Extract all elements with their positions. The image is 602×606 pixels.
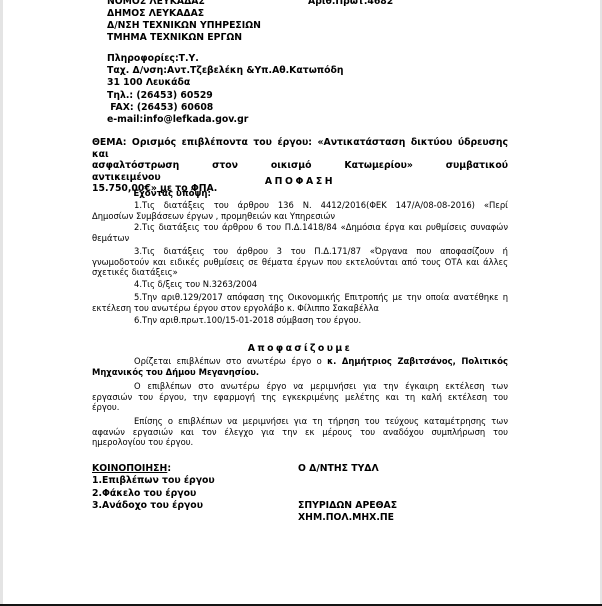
decision-text: έργου. — [92, 402, 508, 413]
supervisor-name: κ. Δημήτριος Ζαβιτσάνος, Πολιτικός — [327, 356, 508, 366]
letterhead-municipality: ΔΗΜΟΣ ΛΕΥΚΑΔΑΣ — [107, 8, 261, 20]
considering-label: Έχοντας υπόψη: — [132, 189, 211, 199]
signature-title: ΧΗΜ.ΠΟΛ.ΜΗΧ.ΠΕ — [298, 512, 397, 524]
contact-city: 31 100 Λευκάδα — [107, 77, 344, 89]
signature-name: ΣΠΥΡΙΔΩΝ ΑΡΕΘΑΣ — [298, 500, 397, 512]
protocol-number: Αριθ.Πρωτ.4682 — [308, 0, 393, 8]
decision-text: ημερολογίου του έργου. — [92, 437, 508, 448]
considering-item-4: 4.Τις δ/ξεις του Ν.3263/2004 — [92, 279, 508, 290]
considering-text: γνωμοδοτούν και ειδικές ρυθμίσεις σε θέμ… — [92, 257, 508, 268]
considering-text: Δημοσίων Συμβάσεων έργων , προμηθειών κα… — [92, 211, 508, 222]
decision-title: ΑΠΟΦΑΣΗ — [92, 176, 508, 187]
considering-text: θεμάτων — [92, 233, 508, 244]
considering-item-5: 5.Την αριθ.129/2017 απόφαση της Οικονομι… — [92, 292, 508, 313]
decision-text: εργασιών του έργου, την εφαρμογή της εγκ… — [92, 392, 508, 403]
considering-text: 3.Τις διατάξεις του άρθρου 3 του Π.Δ.171… — [92, 246, 508, 257]
considering-text: 5.Την αριθ.129/2017 απόφαση της Οικονομι… — [92, 292, 508, 303]
considering-text: 4.Τις δ/ξεις του Ν.3263/2004 — [92, 279, 508, 290]
decision-text: Επίσης ο επιβλέπων να μεριμνήσει για τη … — [92, 416, 508, 427]
decision-paragraph-2: Ο επιβλέπων στο ανωτέρω έργο να μεριμνήσ… — [92, 381, 508, 413]
contact-email: e-mail:info@lefkada.gov.gr — [107, 114, 344, 126]
decision-text: αφανών εργασιών και τον έλεγχο για την ε… — [92, 427, 508, 438]
notification-item: 1.Επιβλέπων του έργου — [92, 475, 215, 487]
decision-text: Ο επιβλέπων στο ανωτέρω έργο να μεριμνήσ… — [92, 381, 508, 392]
contact-fax: FAX: (26453) 60608 — [107, 102, 344, 114]
notification-item: 2.Φάκελο του έργου — [92, 488, 215, 500]
letterhead: ΝΟΜΟΣ ΛΕΥΚΑΔΑΣ ΔΗΜΟΣ ΛΕΥΚΑΔΑΣ Δ/ΝΣΗ ΤΕΧΝ… — [107, 0, 261, 44]
decision-line: Ορίζεται επιβλέπων στο ανωτέρω έργο ο κ.… — [92, 356, 508, 367]
signature-block: Ο Δ/ΝΤΗΣ ΤΥΔΛ . . ΣΠΥΡΙΔΩΝ ΑΡΕΘΑΣ ΧΗΜ.ΠΟ… — [298, 463, 397, 524]
contact-phone: Τηλ.: (26453) 60529 — [107, 90, 344, 102]
notification-title: ΚΟΙΝΟΠΟΙΗΣΗ — [92, 463, 167, 474]
considering-text: 2.Τις διατάξεις του άρθρου 6 του Π.Δ.141… — [92, 222, 508, 233]
considering-text: εκτέλεση του ανωτέρω έργου στον εργολάβο… — [92, 303, 508, 314]
notification-block: ΚΟΙΝΟΠΟΙΗΣΗ: 1.Επιβλέπων του έργου 2.Φάκ… — [92, 463, 215, 512]
considering-text: σχετικές διατάξεις» — [92, 267, 508, 278]
subject-line: ΘΕΜΑ: Ορισμός επιβλέποντα του έργου: «Αν… — [92, 137, 508, 160]
considering-text: 6.Την αριθ.πρωτ.100/15-01-2018 σύμβαση τ… — [92, 315, 508, 326]
supervisor-title: Μηχανικός του Δήμου Μεγανησίου. — [92, 367, 508, 378]
considering-item-3: 3.Τις διατάξεις του άρθρου 3 του Π.Δ.171… — [92, 246, 508, 278]
signature-role: Ο Δ/ΝΤΗΣ ΤΥΔΛ — [298, 463, 397, 475]
considering-item-2: 2.Τις διατάξεις του άρθρου 6 του Π.Δ.141… — [92, 222, 508, 243]
we-decide-title: Αποφασίζουμε — [92, 343, 508, 354]
notification-item: 3.Ανάδοχο του έργου — [92, 500, 215, 512]
letterhead-directorate: Δ/ΝΣΗ ΤΕΧΝΙΚΩΝ ΥΠΗΡΕΣΙΩΝ — [107, 20, 261, 32]
letterhead-department: ΤΜΗΜΑ ΤΕΧΝΙΚΩΝ ΕΡΓΩΝ — [107, 32, 261, 44]
decision-text: Ορίζεται επιβλέπων στο ανωτέρω έργο ο — [134, 356, 327, 366]
contact-block: Πληροφορίες:Τ.Υ. Ταχ. Δ/νση:Αντ.Τζεβελέκ… — [107, 53, 344, 126]
letterhead-prefecture: ΝΟΜΟΣ ΛΕΥΚΑΔΑΣ — [107, 0, 261, 8]
considering-item-1: 1.Τις διατάξεις του άρθρου 136 Ν. 4412/2… — [92, 200, 508, 221]
considering-text: 1.Τις διατάξεις του άρθρου 136 Ν. 4412/2… — [92, 200, 508, 211]
decision-paragraph-3: Επίσης ο επιβλέπων να μεριμνήσει για τη … — [92, 416, 508, 448]
notification-colon: : — [167, 463, 171, 474]
contact-address: Ταχ. Δ/νση:Αντ.Τζεβελέκη &Υπ.Αθ.Κατωπόδη — [107, 65, 344, 77]
considering-item-6: 6.Την αριθ.πρωτ.100/15-01-2018 σύμβαση τ… — [92, 315, 508, 326]
contact-info: Πληροφορίες:Τ.Υ. — [107, 53, 344, 65]
notification-heading: ΚΟΙΝΟΠΟΙΗΣΗ: — [92, 463, 215, 475]
decision-paragraph-1: Ορίζεται επιβλέπων στο ανωτέρω έργο ο κ.… — [92, 356, 508, 377]
viewer-left-edge — [0, 0, 3, 604]
